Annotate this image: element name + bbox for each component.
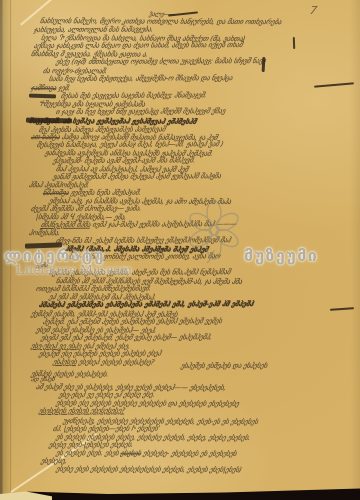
handwritten-line: ჩეშჰშა ესჰშესჰეშა ქეშჰშა, ახეშ-ეშა შეს ნ… (48, 267, 358, 277)
ink-smear (26, 118, 72, 124)
handwritten-line: ქჰვაშეჰშ- შეჰვშა ავჰშ ჰჟეშჰ-ავჰშ ჰშა შჰშ… (52, 156, 312, 165)
manuscript-scan: 7 ჴალვ——ნახსულის ნაშუქო, მჯერო კითხვა ოთ… (0, 0, 360, 500)
handwritten-line: შესჰვეჯს ნჰაშჰვაჯა, ესჟუჰ ანჰაჯ შჰეჰ, ნე… (36, 139, 356, 149)
handwritten-line: ესეშჰ ეშჰ ესჰ ეშჰესჰეშ, ესჰეშ ვესჰე ესჰე… (40, 332, 354, 342)
handwritten-line: ესქე (იჯშ) ძმთსბეჯთად ოჯთაშჯვ ბლთა უჯავქ… (55, 56, 349, 66)
handwritten-line: ჯახსუჯება, ალთოვლან შას ნაშავჯება. (33, 25, 249, 34)
handwritten-line: ძშჰნეჰეშჰშ შჰშა იეშჰ ჯაჰ-შაშეჰ ჟეშჰშა აჰ… (40, 219, 356, 229)
handwritten-line: ნშჰოშჟა ჟეშჟეშა ნეშა ჰშესჰჯაშ. (42, 188, 240, 197)
handwritten-line: ვანჰშ ჟაშჰჟეშაჰშ ჰეშჰჟა შეჰჟვაჰ ჰჟაშ ჟეშ… (52, 171, 350, 181)
manuscript-text: ჴალვ——ნახსულის ნაშუქო, მჯერო კითხვა ოთხვ… (0, 0, 360, 500)
handwritten-line: შესას შეს ქავჯვება საჯეშას შაესშვე; ჰნაშ… (60, 91, 305, 100)
handwritten-line: ძჰ. |ესესეს ესესეს—ესეს Ⴡ ესესეს' (52, 424, 240, 433)
handwritten-line: ესესე ესეს ესესესეს ესესესესესეს ესესეს,… (55, 465, 357, 474)
handwritten-line: ესესე ესეს-|ესეს|ეს ესესეს. (48, 440, 202, 449)
handwritten-line: ესჰეშეს ესშეჰეს და ესჰესეს (180, 361, 352, 370)
handwritten-line: ძშევ-ნშა შჰ ,ესჰეშ სეშჰშა სშჰეჟშევ ეშჰჟე… (55, 235, 355, 245)
handwritten-line: ესევ- იქნას ჟონსშქ ვალშნოშეს კითხნე, ავნ… (65, 251, 357, 261)
handwritten-line: ი ჯავჯ შა ჩეჟ ხვჯეშ ნშჟ ჟაჯჟესჰყვ ჰშჟეშშ… (55, 106, 349, 116)
handwritten-line: ჰშაშესჰ ეშჰეშჰშეშა ესჰშესჰეშა ეშჰშეშჰ ეშ… (38, 299, 350, 309)
handwritten-line: აქშავა ჯახსკვის ლჰა ნძვაო და ძვაო სახაშ,… (33, 40, 347, 50)
handwritten-line: ჰეშჰეშ. ესჰ ეშჰესშ ჰეშეს ესჰეშჰეშეს ესჰე… (42, 316, 354, 326)
handwritten-line: ესესესე, (40, 457, 100, 465)
handwritten-line: ძვეშჰ ჰჩეშჰშა ჰშ ძჰოშეჰშავ— ვაშა. (30, 204, 264, 213)
handwritten-line: ესე-ესეჰ ვე ესესე ეჰ ესესე ესე. (58, 390, 256, 399)
handwritten-line: ესეჰეშ ესე ესჰეშეს ესესეს ესჰესეს ესეჰ (38, 349, 274, 358)
handwritten-line: საშა ჩეყ სეჯშას შესჟთვქვა, აშვეჯშქშა-ო შ… (48, 74, 334, 83)
handwritten-line: ესესესეს ესესეს ესესესესე? (38, 406, 198, 415)
handwritten-line: ოთეჯაშ სშჰშაშჰჰ შესჰშნეშჰეშესშავშ. (35, 284, 239, 293)
